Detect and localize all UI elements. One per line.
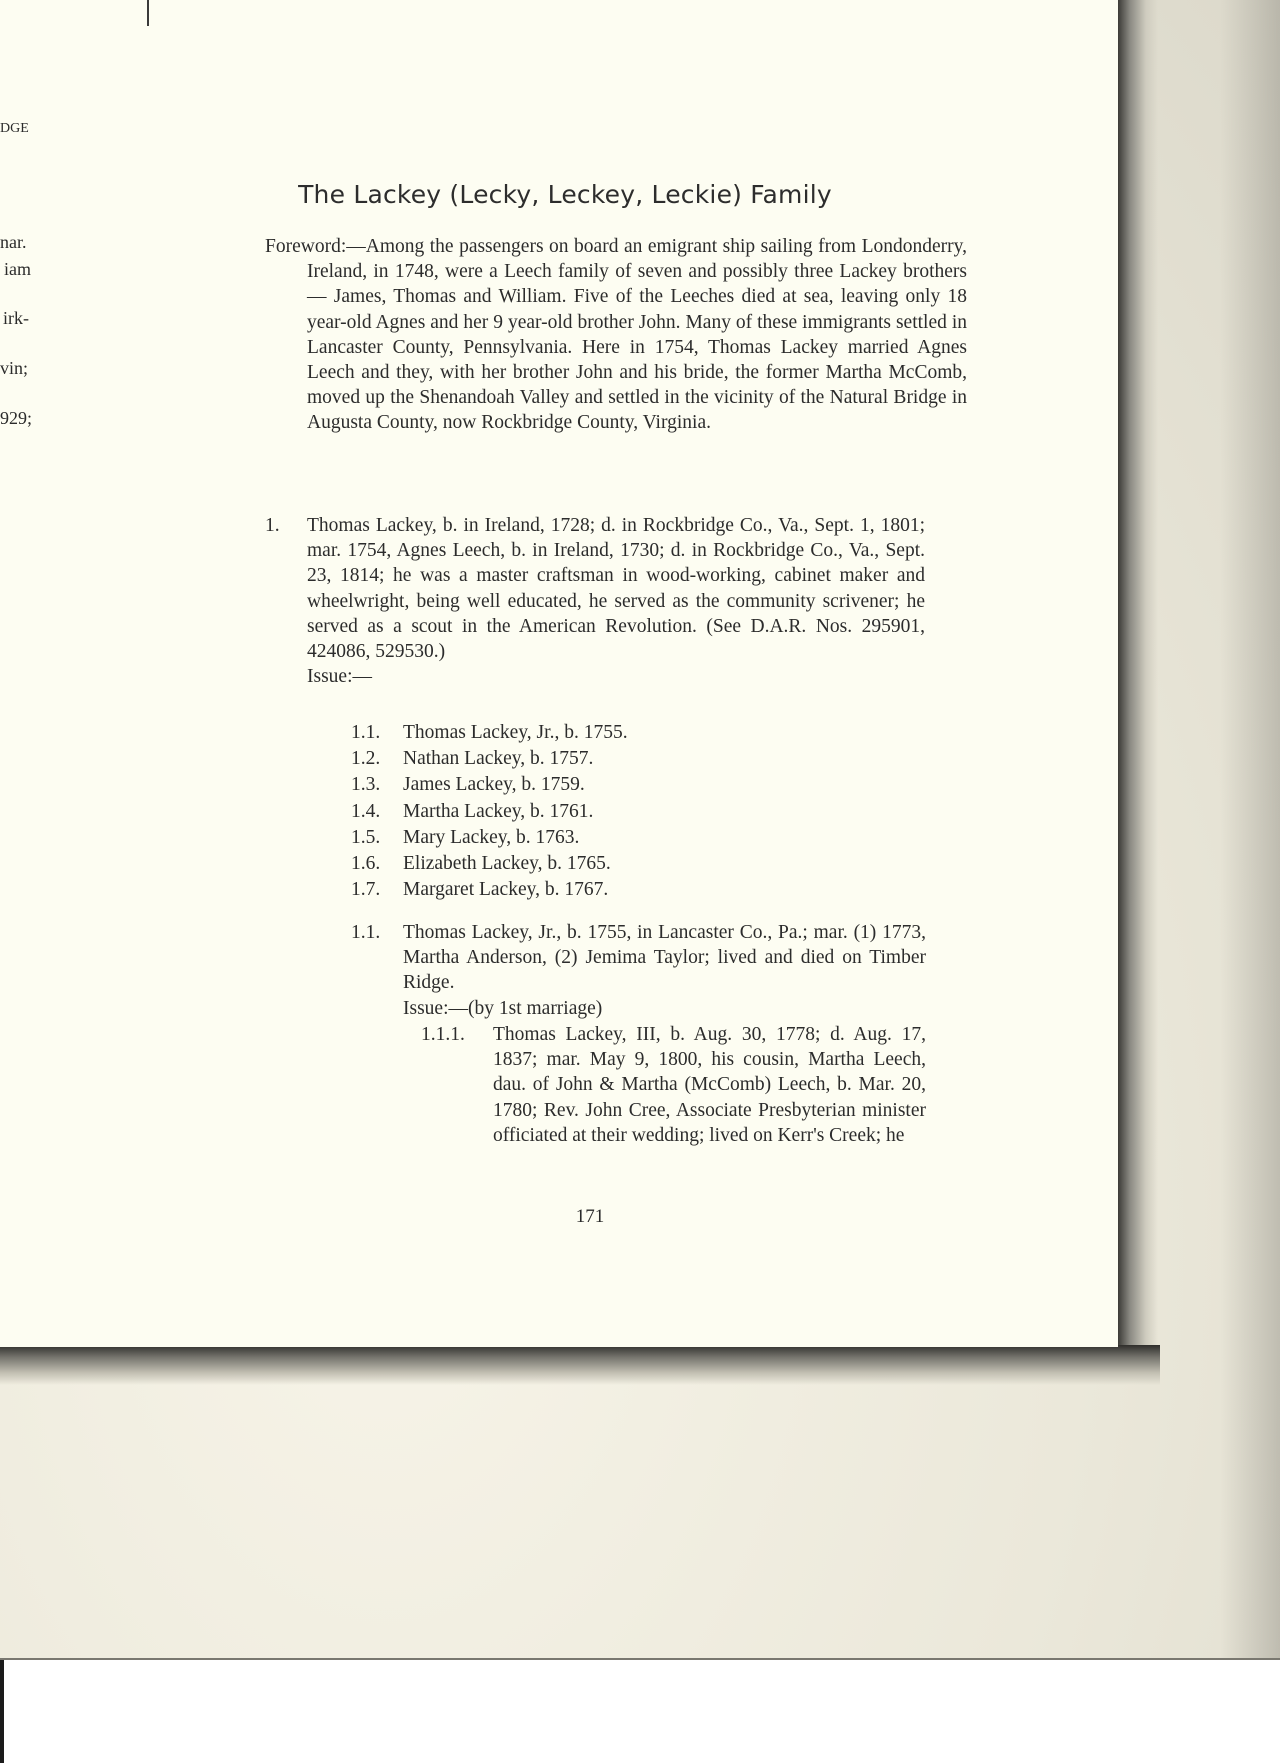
entry-1-1-1: 1.1.1. Thomas Lackey, III, b. Aug. 30, 1… [421,1022,926,1148]
child-number: 1.7. [351,877,403,903]
page-edge-shadow-right [1118,0,1158,1360]
list-item: 1.7. Margaret Lackey, b. 1767. [351,877,628,903]
child-text: Thomas Lackey, Jr., b. 1755. [403,720,628,746]
facing-fragment: DGE [0,121,29,137]
page-edge-shadow-bottom [0,1345,1160,1385]
entry-number: 1.1.1. [421,1022,465,1047]
entry-text: Thomas Lackey, III, b. Aug. 30, 1778; d.… [493,1022,926,1148]
entry-1: 1. Thomas Lackey, b. in Ireland, 1728; d… [265,513,925,689]
child-text: Nathan Lackey, b. 1757. [403,746,593,772]
foreword-paragraph: Foreword:—Among the passengers on board … [265,234,967,436]
facing-fragment: 929; [0,408,32,429]
child-text: James Lackey, b. 1759. [403,772,585,798]
child-text: Elizabeth Lackey, b. 1765. [403,851,611,877]
list-item: 1.1. Thomas Lackey, Jr., b. 1755. [351,720,628,746]
issue-label: Issue:— [307,664,925,689]
issue-label: Issue:—(by 1st marriage) [403,996,926,1021]
page-number: 171 [560,1206,620,1228]
entry-text: Thomas Lackey, Jr., b. 1755, in Lancaste… [403,920,926,996]
child-text: Martha Lackey, b. 1761. [403,799,593,825]
gutter-mark [147,0,149,26]
child-number: 1.2. [351,746,403,772]
facing-fragment: nar. [0,232,27,253]
child-number: 1.3. [351,772,403,798]
list-item: 1.6. Elizabeth Lackey, b. 1765. [351,851,628,877]
facing-fragment: iam [4,259,31,280]
list-item: 1.5. Mary Lackey, b. 1763. [351,825,628,851]
child-number: 1.4. [351,799,403,825]
child-number: 1.6. [351,851,403,877]
child-text: Margaret Lackey, b. 1767. [403,877,608,903]
facing-fragment: irk- [3,308,29,329]
book-page: DGE nar. iam irk- vin; 929; The Lackey (… [0,0,1118,1347]
entry-1-1: 1.1. Thomas Lackey, Jr., b. 1755, in Lan… [351,920,926,1021]
facing-fragment: vin; [0,358,28,379]
child-number: 1.5. [351,825,403,851]
entry-text: Thomas Lackey, b. in Ireland, 1728; d. i… [307,513,925,664]
scan-bottom-margin [0,1658,1280,1763]
scan-left-edge [0,1660,4,1763]
child-text: Mary Lackey, b. 1763. [403,825,579,851]
list-item: 1.3. James Lackey, b. 1759. [351,772,628,798]
list-item: 1.4. Martha Lackey, b. 1761. [351,799,628,825]
children-list: 1.1. Thomas Lackey, Jr., b. 1755. 1.2. N… [351,720,628,903]
list-item: 1.2. Nathan Lackey, b. 1757. [351,746,628,772]
entry-number: 1.1. [351,920,380,945]
page-title: The Lackey (Lecky, Leckey, Leckie) Famil… [260,180,870,209]
child-number: 1.1. [351,720,403,746]
entry-number: 1. [265,513,307,538]
